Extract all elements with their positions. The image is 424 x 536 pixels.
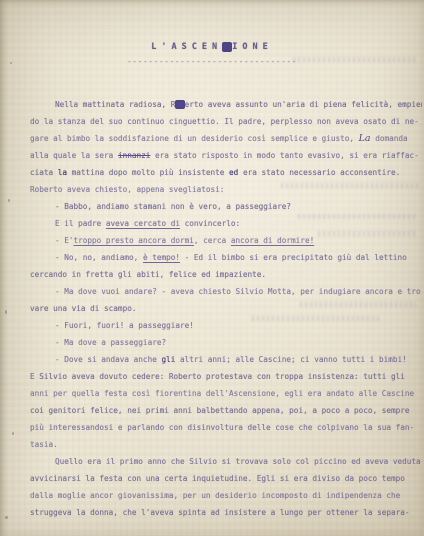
text-line: Nella mattinata radiosa, Roberto aveva a… bbox=[30, 96, 422, 113]
text-line: do la stanza del suo continuo cinguettio… bbox=[30, 113, 422, 130]
ghost-text-artifact bbox=[281, 183, 419, 188]
text-line: avvicinarsi la festa con una certa inqui… bbox=[30, 470, 422, 487]
text-segment: Quello era il primo anno che Silvio si t… bbox=[55, 457, 421, 466]
text-line: - No, no, andiamo, è tempo! - Ed il bimb… bbox=[30, 249, 422, 266]
text-line: tasia. bbox=[30, 436, 422, 453]
text-segment: - Dove si andava anche bbox=[55, 355, 161, 364]
text-line: - Dove si andava anche gli altri anni; a… bbox=[30, 351, 422, 368]
text-segment: - Ed il bimbo si era precipitato giù dal… bbox=[180, 253, 407, 262]
text-line: - Ma dove a passeggiare? bbox=[30, 334, 422, 351]
ghost-text-artifact bbox=[298, 214, 418, 219]
text-segment: E Silvio aveva dovuto cedere: Roberto pr… bbox=[30, 372, 405, 381]
title-text: L'ASCEN bbox=[151, 42, 222, 52]
text-line: cercando in fretta gli abiti, felice ed … bbox=[30, 266, 422, 283]
text-segment: erto aveva assunto un'aria di piena feli… bbox=[185, 100, 422, 109]
text-segment: dalla moglie ancor giovanissima, per un … bbox=[30, 491, 400, 500]
text-segment: ob bbox=[175, 100, 184, 109]
text-line: Quello era il primo anno che Silvio si t… bbox=[30, 453, 422, 470]
text-line: ciata la mattina dopo molto più insisten… bbox=[30, 164, 422, 181]
text-segment: era stato necessario acconsentire. bbox=[238, 168, 400, 177]
title-text: S bbox=[222, 42, 232, 52]
text-line: più interessandosi e parlando con disinv… bbox=[30, 419, 422, 436]
text-segment: anni per quella festa così fiorentina de… bbox=[30, 389, 414, 398]
ink-speck bbox=[8, 199, 10, 202]
text-segment: domanda bbox=[371, 134, 408, 143]
text-segment: troppo presto ancora dormi bbox=[74, 236, 194, 245]
ghost-text-artifact bbox=[293, 57, 417, 62]
ghost-text-artifact bbox=[252, 316, 382, 321]
text-segment: - No, no, andiamo, bbox=[55, 253, 143, 262]
text-segment: più interessandosi e parlando con disinv… bbox=[30, 423, 414, 432]
text-segment: Nella mattinata radiosa, R bbox=[55, 100, 175, 109]
ink-speck bbox=[10, 62, 12, 64]
text-segment: vare una via di scampo. bbox=[30, 304, 136, 313]
handwritten-correction: La bbox=[359, 133, 371, 144]
text-segment: mattina dopo molto più insistente bbox=[67, 168, 229, 177]
text-segment: gare al bimbo la soddisfazione di un des… bbox=[30, 134, 359, 143]
text-segment: coi genitori felice, nei primi anni balb… bbox=[30, 406, 410, 415]
ghost-text-artifact bbox=[300, 302, 416, 307]
paper-edge-shadow bbox=[0, 0, 7, 536]
text-segment: , cerca bbox=[194, 236, 231, 245]
text-line: struggeva la donna, che l'aveva spinta a… bbox=[30, 504, 422, 521]
text-line: - Ma dove vuoi andare? - aveva chiesto S… bbox=[30, 283, 422, 300]
typewritten-body: Nella mattinata radiosa, Roberto aveva a… bbox=[30, 96, 422, 521]
document-title: L'ASCENSIONE bbox=[0, 42, 424, 52]
text-segment: - Fuori, fuori! a passeggiare! bbox=[55, 321, 194, 330]
struck-word: innanzi bbox=[118, 151, 150, 160]
text-segment: cercando in fretta gli abiti, felice ed … bbox=[30, 270, 266, 279]
text-line: coi genitori felice, nei primi anni balb… bbox=[30, 402, 422, 419]
text-segment: - Ma dove vuoi andare? - aveva chiesto S… bbox=[55, 287, 421, 296]
ink-speck bbox=[5, 310, 7, 314]
text-segment: la bbox=[58, 168, 67, 177]
text-line: dalla moglie ancor giovanissima, per un … bbox=[30, 487, 422, 504]
text-segment: era stato risposto in modo tanto evasivo… bbox=[150, 151, 418, 160]
ink-speck bbox=[5, 516, 8, 519]
text-segment: - Ma dove a passeggiare? bbox=[55, 338, 166, 347]
text-segment: E il padre bbox=[55, 219, 106, 228]
text-segment: alla quale la sera bbox=[30, 151, 118, 160]
text-segment: struggeva la donna, che l'aveva spinta a… bbox=[30, 508, 410, 517]
text-segment: ed bbox=[229, 168, 238, 177]
text-segment: Roberto aveva chiesto, appena svegliatos… bbox=[30, 185, 224, 194]
text-segment: è tempo! bbox=[143, 253, 180, 262]
manuscript-page: L'ASCENSIONE ---------------------------… bbox=[0, 0, 424, 536]
text-segment: aveva cercato di bbox=[106, 219, 180, 228]
text-segment: do la stanza del suo continuo cinguettio… bbox=[30, 117, 419, 126]
ghost-text-artifact bbox=[318, 231, 418, 236]
text-segment: - Babbo, andiamo stamani non è vero, a p… bbox=[55, 202, 291, 211]
text-segment: ciata bbox=[30, 168, 58, 177]
text-segment: altri anni; alle Cascine; ci vanno tutti… bbox=[175, 355, 406, 364]
title-text: IONE bbox=[232, 42, 272, 52]
text-line: alla quale la sera innanzi era stato ris… bbox=[30, 147, 422, 164]
text-line: anni per quella festa così fiorentina de… bbox=[30, 385, 422, 402]
text-segment: - E' bbox=[55, 236, 74, 245]
text-line: gare al bimbo la soddisfazione di un des… bbox=[30, 130, 422, 147]
paper-edge-shadow-top bbox=[0, 0, 424, 5]
ink-speck bbox=[12, 432, 14, 435]
text-line: E Silvio aveva dovuto cedere: Roberto pr… bbox=[30, 368, 422, 385]
text-line: - Babbo, andiamo stamani non è vero, a p… bbox=[30, 198, 422, 215]
text-segment: tasia. bbox=[30, 440, 58, 449]
text-segment: gli bbox=[161, 355, 175, 364]
text-segment: ancora di dormire! bbox=[231, 236, 314, 245]
text-segment: convincerlo: bbox=[180, 219, 240, 228]
text-segment: avvicinarsi la festa con una certa inqui… bbox=[30, 474, 405, 483]
